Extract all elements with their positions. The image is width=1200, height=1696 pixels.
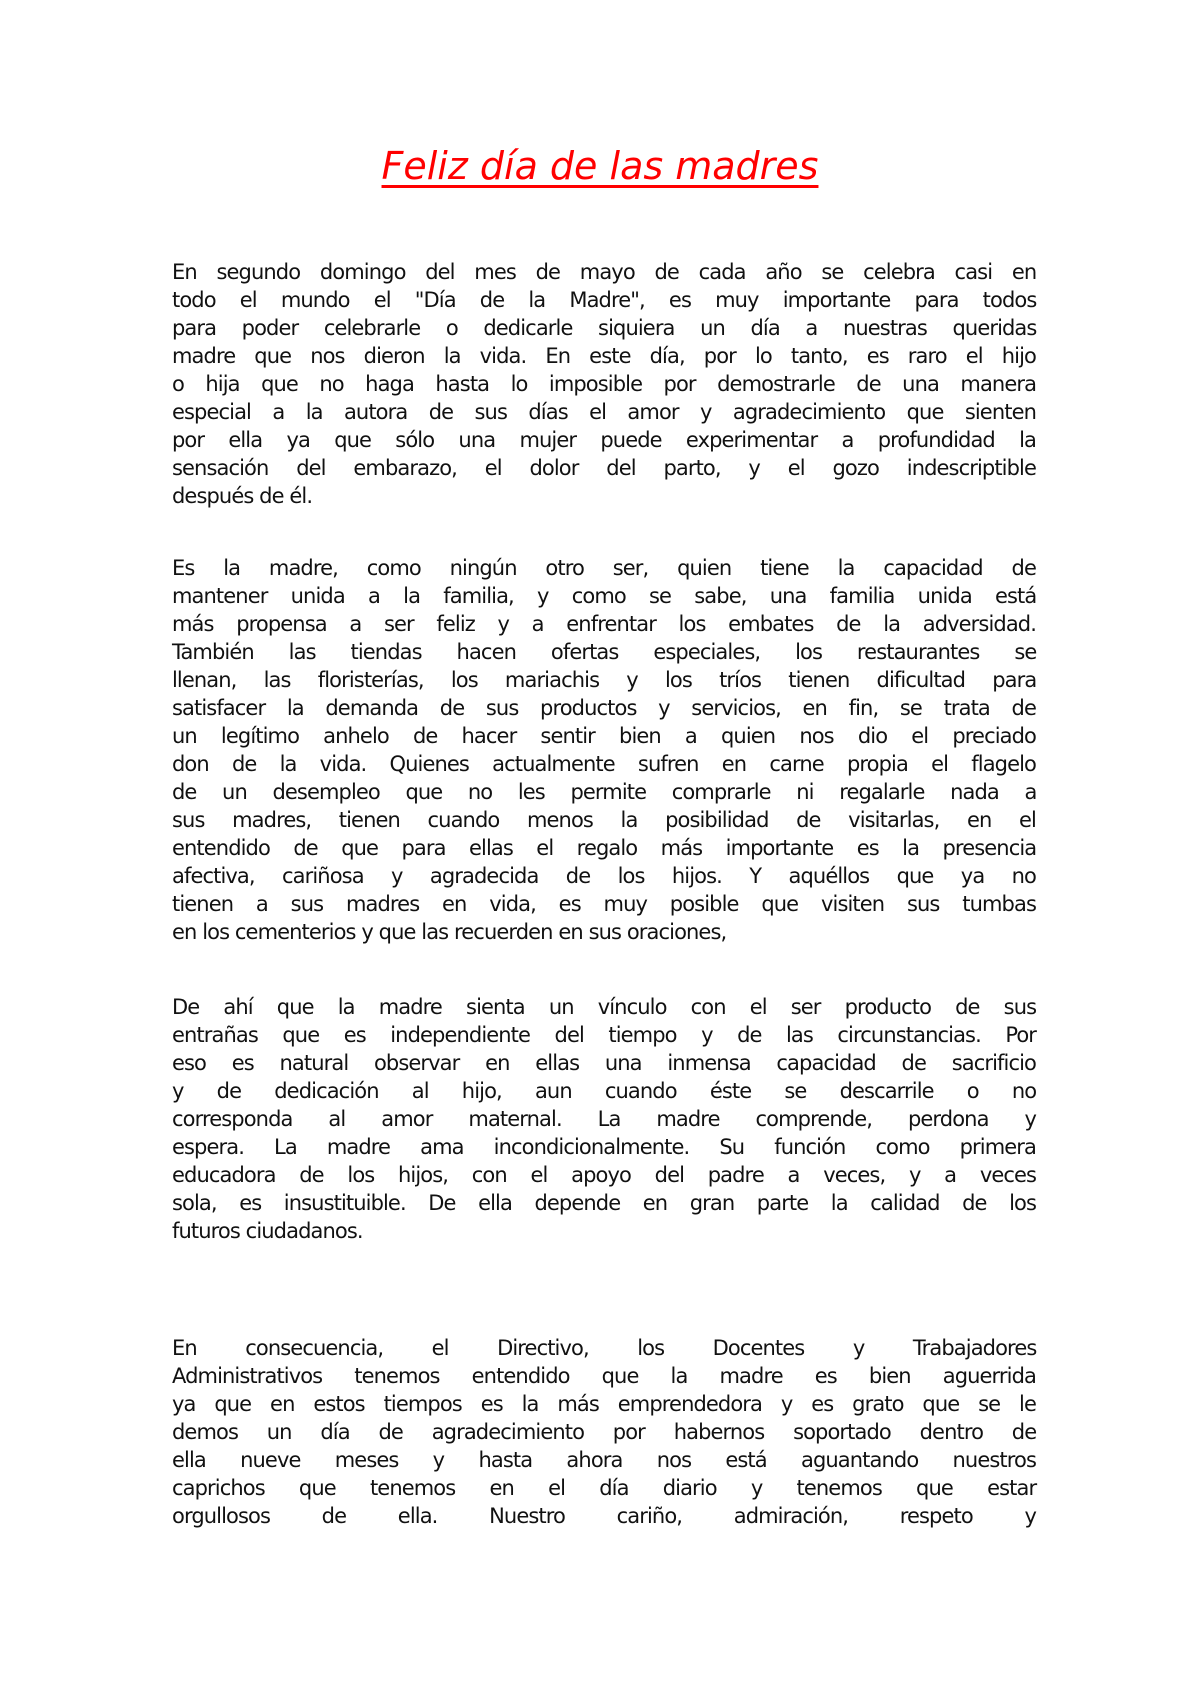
text-line: un legítimo anhelo de hacer sentir bien … xyxy=(172,722,1036,750)
text-line: ya que en estos tiempos es la más empren… xyxy=(172,1390,1036,1418)
text-line: sensación del embarazo, el dolor del par… xyxy=(172,454,1036,482)
paragraph-3: De ahí que la madre sienta un vínculo co… xyxy=(172,993,1036,1245)
text-line: educadora de los hijos, con el apoyo del… xyxy=(172,1161,1036,1189)
text-line: Es la madre, como ningún otro ser, quien… xyxy=(172,554,1036,582)
text-line: sola, es insustituible. De ella depende … xyxy=(172,1189,1036,1217)
text-line: En segundo domingo del mes de mayo de ca… xyxy=(172,258,1036,286)
text-line: demos un día de agradecimiento por haber… xyxy=(172,1418,1036,1446)
text-line: más propensa a ser feliz y a enfrentar l… xyxy=(172,610,1036,638)
paragraph-1: En segundo domingo del mes de mayo de ca… xyxy=(172,258,1036,510)
text-line: espera. La madre ama incondicionalmente.… xyxy=(172,1133,1036,1161)
paragraph-4: En consecuencia, el Directivo, los Docen… xyxy=(172,1334,1036,1530)
text-line: o hija que no haga hasta lo imposible po… xyxy=(172,370,1036,398)
text-line: y de dedicación al hijo, aun cuando éste… xyxy=(172,1077,1036,1105)
text-line: orgullosos de ella. Nuestro cariño, admi… xyxy=(172,1502,1036,1530)
text-line: Administrativos tenemos entendido que la… xyxy=(172,1362,1036,1390)
text-line: entrañas que es independiente del tiempo… xyxy=(172,1021,1036,1049)
document-page: Feliz día de las madres En segundo domin… xyxy=(0,0,1200,1696)
text-line: ella nueve meses y hasta ahora nos está … xyxy=(172,1446,1036,1474)
text-line: eso es natural observar en ellas una inm… xyxy=(172,1049,1036,1077)
text-line: madre que nos dieron la vida. En este dí… xyxy=(172,342,1036,370)
text-line: don de la vida. Quienes actualmente sufr… xyxy=(172,750,1036,778)
text-line: en los cementerios y que las recuerden e… xyxy=(172,918,1036,946)
text-line: caprichos que tenemos en el día diario y… xyxy=(172,1474,1036,1502)
text-line: todo el mundo el "Día de la Madre", es m… xyxy=(172,286,1036,314)
text-line: de un desempleo que no les permite compr… xyxy=(172,778,1036,806)
paragraph-2: Es la madre, como ningún otro ser, quien… xyxy=(172,554,1036,946)
text-line: futuros ciudadanos. xyxy=(172,1217,1036,1245)
text-line: De ahí que la madre sienta un vínculo co… xyxy=(172,993,1036,1021)
text-line: por ella ya que sólo una mujer puede exp… xyxy=(172,426,1036,454)
text-line: entendido de que para ellas el regalo má… xyxy=(172,834,1036,862)
text-line: después de él. xyxy=(172,482,1036,510)
text-line: mantener unida a la familia, y como se s… xyxy=(172,582,1036,610)
text-line: En consecuencia, el Directivo, los Docen… xyxy=(172,1334,1036,1362)
text-line: para poder celebrarle o dedicarle siquie… xyxy=(172,314,1036,342)
text-line: afectiva, cariñosa y agradecida de los h… xyxy=(172,862,1036,890)
text-line: satisfacer la demanda de sus productos y… xyxy=(172,694,1036,722)
document-title: Feliz día de las madres xyxy=(0,142,1200,190)
text-line: tienen a sus madres en vida, es muy posi… xyxy=(172,890,1036,918)
text-line: llenan, las floristerías, los mariachis … xyxy=(172,666,1036,694)
text-line: También las tiendas hacen ofertas especi… xyxy=(172,638,1036,666)
text-line: corresponda al amor maternal. La madre c… xyxy=(172,1105,1036,1133)
text-line: especial a la autora de sus días el amor… xyxy=(172,398,1036,426)
text-line: sus madres, tienen cuando menos la posib… xyxy=(172,806,1036,834)
